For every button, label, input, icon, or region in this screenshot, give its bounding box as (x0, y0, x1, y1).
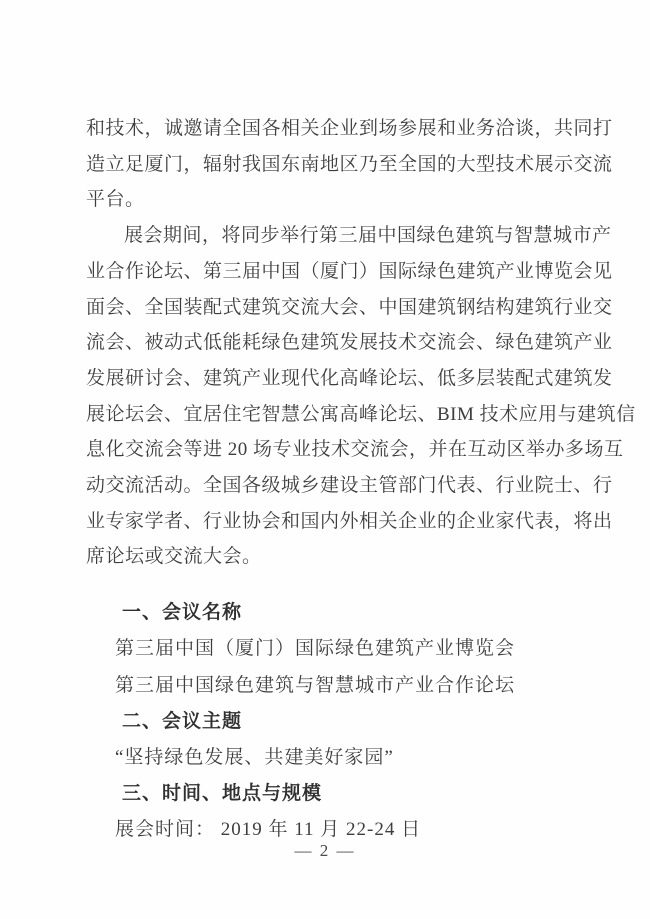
text-line: 造立足厦门，辐射我国东南地区乃至全国的大型技术展示交流 (86, 147, 568, 183)
text-line: 面会、全国装配式建筑交流大会、中国建筑钢结构建筑行业交 (86, 290, 568, 326)
section-heading: 二、会议主题 (86, 704, 568, 740)
text-line: 发展研讨会、建筑产业现代化高峰论坛、低多层装配式建筑发 (86, 361, 568, 397)
section-heading: 三、时间、地点与规模 (86, 776, 568, 812)
paragraph: 展会期间，将同步举行第三届中国绿色建筑与智慧城市产 业合作论坛、第三届中国（厦门… (86, 218, 568, 575)
page-number: — 2 — (0, 841, 650, 861)
text-line: 业合作论坛、第三届中国（厦门）国际绿色建筑产业博览会见 (86, 254, 568, 290)
page-body: 和技术，诚邀请全国各相关企业到场参展和业务洽谈，共同打 造立足厦门，辐射我国东南… (86, 111, 568, 849)
text-line: 动交流活动。全国各级城乡建设主管部门代表、行业院士、行 (86, 468, 568, 504)
text-line: 平台。 (86, 182, 568, 218)
text-line: 息化交流会等进 20 场专业技术交流会，并在互动区举办多场互 (86, 432, 568, 468)
document-page: 和技术，诚邀请全国各相关企业到场参展和业务洽谈，共同打 造立足厦门，辐射我国东南… (0, 0, 650, 919)
paragraph: 和技术，诚邀请全国各相关企业到场参展和业务洽谈，共同打 造立足厦门，辐射我国东南… (86, 111, 568, 218)
sections-block: 一、会议名称 第三届中国（厦门）国际绿色建筑产业博览会 第三届中国绿色建筑与智慧… (86, 595, 568, 848)
text-line: 流会、被动式低能耗绿色建筑发展技术交流会、绿色建筑产业 (86, 325, 568, 361)
section-line: 第三届中国绿色建筑与智慧城市产业合作论坛 (86, 668, 568, 704)
section-line: 第三届中国（厦门）国际绿色建筑产业博览会 (86, 631, 568, 667)
section-line: “坚持绿色发展、共建美好家园” (86, 740, 568, 776)
text-line: 展论坛会、宜居住宅智慧公寓高峰论坛、BIM 技术应用与建筑信 (86, 397, 568, 433)
section-heading: 一、会议名称 (86, 595, 568, 631)
text-line: 席论坛或交流大会。 (86, 539, 568, 575)
text-line: 展会期间，将同步举行第三届中国绿色建筑与智慧城市产 (86, 218, 568, 254)
text-line: 和技术，诚邀请全国各相关企业到场参展和业务洽谈，共同打 (86, 111, 568, 147)
text-line: 业专家学者、行业协会和国内外相关企业的企业家代表，将出 (86, 504, 568, 540)
